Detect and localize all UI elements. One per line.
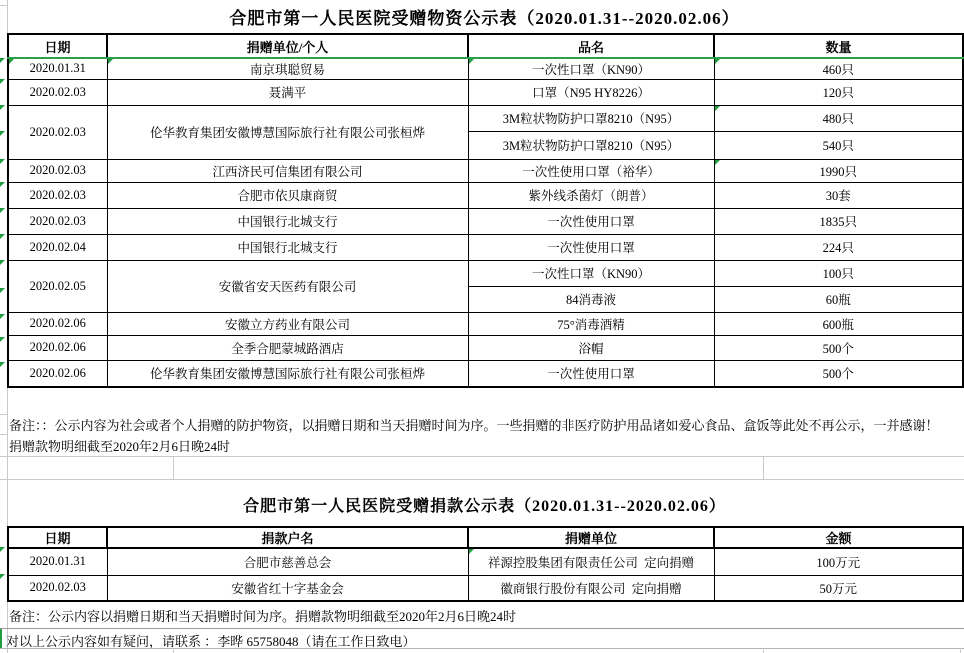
table-row: 2020.02.03 中国银行北城支行 一次性使用口罩 1835只 (8, 208, 963, 234)
donations-note[interactable]: 备注：公示内容以捐赠日期和当天捐赠时间为序。捐赠款物明细截至2020年2月6日晚… (9, 606, 959, 625)
materials-table: 日期 捐赠单位/个人 品名 数量 2020.01.31 南京琪聪贸易 一次性口罩… (7, 33, 964, 388)
item-cell[interactable]: 一次性口罩（KN90） (468, 58, 714, 79)
gridline (0, 648, 964, 649)
table-row: 2020.02.04 中国银行北城支行 一次性使用口罩 224只 (8, 234, 963, 260)
gridline (173, 456, 174, 479)
item-cell[interactable]: 口罩（N95 HY8226） (468, 79, 714, 105)
contact-row-green-border (0, 629, 2, 648)
donor-cell[interactable]: 伦华教育集团安徽博慧国际旅行社有限公司张桓烨 (107, 360, 468, 387)
donor-cell[interactable]: 江西济民可信集团有限公司 (107, 159, 468, 182)
date-cell[interactable]: 2020.02.06 (8, 335, 107, 360)
date-cell[interactable]: 2020.02.04 (8, 234, 107, 260)
error-triangle-icon (0, 79, 5, 84)
account-cell[interactable]: 合肥市慈善总会 (107, 548, 468, 575)
donations-table-title[interactable]: 合肥市第一人民医院受赠捐款公示表（2020.01.31--2020.02.06） (7, 482, 962, 526)
divider-line (0, 628, 964, 629)
table-row: 2020.02.03 安徽省红十字基金会 徽商银行股份有限公司 定向捐赠 50万… (8, 575, 963, 601)
qty-cell[interactable]: 540只 (714, 131, 963, 159)
amount-cell[interactable]: 50万元 (714, 575, 963, 601)
gridline (0, 479, 964, 480)
date-cell[interactable]: 2020.02.03 (8, 182, 107, 208)
donor-cell[interactable]: 南京琪聪贸易 (107, 58, 468, 79)
item-cell[interactable]: 84消毒液 (468, 286, 714, 312)
spreadsheet-view: 合肥市第一人民医院受赠物资公示表（2020.01.31--2020.02.06）… (0, 0, 964, 653)
materials-note-line1[interactable]: 备注：：公示内容为社会或者个人捐赠的防护物资，以捐赠日期和当天捐赠时间为序。一些… (9, 415, 959, 434)
qty-cell[interactable]: 480只 (714, 105, 963, 131)
donor-cell[interactable]: 合肥市依贝康商贸 (107, 182, 468, 208)
header-amount[interactable]: 金额 (714, 527, 963, 548)
error-triangle-icon (0, 105, 5, 110)
header-unit[interactable]: 捐赠单位 (468, 527, 714, 548)
item-cell[interactable]: 3M粒状物防护口罩8210（N95） (468, 131, 714, 159)
qty-cell[interactable]: 500个 (714, 335, 963, 360)
header-donor[interactable]: 捐赠单位/个人 (107, 34, 468, 58)
error-triangle-icon (0, 362, 5, 367)
item-cell[interactable]: 一次性口罩（KN90） (468, 260, 714, 286)
unit-cell[interactable]: 祥源控股集团有限责任公司 定向捐赠 (468, 548, 714, 575)
item-cell[interactable]: 3M粒状物防护口罩8210（N95） (468, 105, 714, 131)
header-item[interactable]: 品名 (468, 34, 714, 58)
error-triangle-icon (0, 208, 5, 213)
date-cell[interactable]: 2020.02.03 (8, 208, 107, 234)
donor-cell[interactable]: 安徽省安天医药有限公司 (107, 260, 468, 312)
qty-cell[interactable]: 1835只 (714, 208, 963, 234)
qty-cell[interactable]: 600瓶 (714, 312, 963, 335)
table-row: 2020.02.06 安徽立方药业有限公司 75°消毒酒精 600瓶 (8, 312, 963, 335)
date-cell[interactable]: 2020.02.06 (8, 312, 107, 335)
table-row: 2020.01.31 南京琪聪贸易 一次性口罩（KN90） 460只 (8, 58, 963, 79)
qty-cell[interactable]: 60瓶 (714, 286, 963, 312)
error-triangle-icon (0, 547, 5, 552)
margin-tick (0, 414, 7, 415)
donor-cell[interactable]: 中国银行北城支行 (107, 208, 468, 234)
item-cell[interactable]: 一次性使用口罩 (468, 360, 714, 387)
date-cell[interactable]: 2020.01.31 (8, 58, 107, 79)
item-cell[interactable]: 一次性使用口罩 (468, 234, 714, 260)
donor-cell[interactable]: 聂满平 (107, 79, 468, 105)
header-date[interactable]: 日期 (8, 34, 107, 58)
donor-cell[interactable]: 中国银行北城支行 (107, 234, 468, 260)
qty-cell[interactable]: 500个 (714, 360, 963, 387)
gridline (960, 648, 961, 653)
table-row: 2020.02.03 合肥市依贝康商贸 紫外线杀菌灯（朗普） 30套 (8, 182, 963, 208)
unit-cell[interactable]: 徽商银行股份有限公司 定向捐赠 (468, 575, 714, 601)
materials-table-title[interactable]: 合肥市第一人民医院受赠物资公示表（2020.01.31--2020.02.06） (7, 0, 962, 33)
qty-cell[interactable]: 120只 (714, 79, 963, 105)
qty-cell[interactable]: 100只 (714, 260, 963, 286)
error-triangle-icon (0, 260, 5, 265)
table-row: 2020.02.05 安徽省安天医药有限公司 一次性口罩（KN90） 100只 (8, 260, 963, 286)
date-cell[interactable]: 2020.02.03 (8, 105, 107, 159)
table-header-row: 日期 捐款户名 捐赠单位 金额 (8, 527, 963, 548)
margin-tick (0, 434, 7, 435)
error-triangle-icon (0, 131, 5, 136)
item-cell[interactable]: 一次性使用口罩（裕华） (468, 159, 714, 182)
qty-cell[interactable]: 1990只 (714, 159, 963, 182)
error-triangle-icon (0, 159, 5, 164)
gridline (763, 456, 764, 479)
date-cell[interactable]: 2020.02.05 (8, 260, 107, 312)
item-cell[interactable]: 紫外线杀菌灯（朗普） (468, 182, 714, 208)
gridline (0, 456, 964, 457)
materials-note-line2[interactable]: 捐赠款物明细截至2020年2月6日晚24时 (9, 436, 959, 455)
table-row: 2020.02.03 聂满平 口罩（N95 HY8226） 120只 (8, 79, 963, 105)
error-triangle-icon (0, 288, 5, 293)
item-cell[interactable]: 一次性使用口罩 (468, 208, 714, 234)
header-date[interactable]: 日期 (8, 527, 107, 548)
error-triangle-icon (0, 574, 5, 579)
donations-table: 日期 捐款户名 捐赠单位 金额 2020.01.31 合肥市慈善总会 祥源控股集… (7, 526, 964, 602)
donor-cell[interactable]: 全季合肥蒙城路酒店 (107, 335, 468, 360)
error-triangle-icon (0, 234, 5, 239)
table-row: 2020.01.31 合肥市慈善总会 祥源控股集团有限责任公司 定向捐赠 100… (8, 548, 963, 575)
date-cell[interactable]: 2020.02.03 (8, 575, 107, 601)
date-cell[interactable]: 2020.02.06 (8, 360, 107, 387)
table-header-row: 日期 捐赠单位/个人 品名 数量 (8, 34, 963, 58)
date-cell[interactable]: 2020.02.03 (8, 159, 107, 182)
item-cell[interactable]: 浴帽 (468, 335, 714, 360)
gridline (173, 648, 174, 653)
donor-cell[interactable]: 安徽立方药业有限公司 (107, 312, 468, 335)
date-cell[interactable]: 2020.02.03 (8, 79, 107, 105)
item-cell[interactable]: 75°消毒酒精 (468, 312, 714, 335)
margin-tick (0, 5, 7, 6)
table-row: 2020.02.03 伦华教育集团安徽博慧国际旅行社有限公司张桓烨 3M粒状物防… (8, 105, 963, 131)
error-triangle-icon (0, 314, 5, 319)
header-account[interactable]: 捐款户名 (107, 527, 468, 548)
table-row: 2020.02.06 全季合肥蒙城路酒店 浴帽 500个 (8, 335, 963, 360)
header-qty[interactable]: 数量 (714, 34, 963, 58)
amount-cell[interactable]: 100万元 (714, 548, 963, 575)
error-triangle-icon (0, 58, 5, 63)
date-cell[interactable]: 2020.01.31 (8, 548, 107, 575)
account-cell[interactable]: 安徽省红十字基金会 (107, 575, 468, 601)
qty-cell[interactable]: 30套 (714, 182, 963, 208)
gridline (763, 648, 764, 653)
table-row: 2020.02.03 江西济民可信集团有限公司 一次性使用口罩（裕华） 1990… (8, 159, 963, 182)
donor-cell[interactable]: 伦华教育集团安徽博慧国际旅行社有限公司张桓烨 (107, 105, 468, 159)
qty-cell[interactable]: 224只 (714, 234, 963, 260)
table-row: 2020.02.06 伦华教育集团安徽博慧国际旅行社有限公司张桓烨 一次性使用口… (8, 360, 963, 387)
error-triangle-icon (0, 182, 5, 187)
qty-cell[interactable]: 460只 (714, 58, 963, 79)
error-triangle-icon (0, 337, 5, 342)
